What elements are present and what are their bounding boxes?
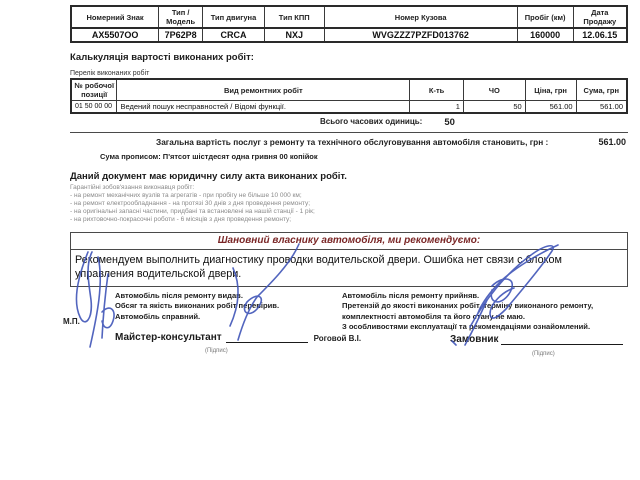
vehicle-info-table: Номерний Знак Тип / Модель Тип двигуна Т… bbox=[70, 5, 628, 43]
signoff-line: Автомобіль після ремонту видав. bbox=[115, 291, 279, 301]
signoff-section: Автомобіль після ремонту видав. Обсяг та… bbox=[70, 290, 628, 420]
work-col-hours: ЧО bbox=[463, 79, 525, 101]
vehicle-col-engine: Тип двигуна bbox=[203, 6, 265, 28]
vehicle-gearbox: NXJ bbox=[264, 28, 324, 42]
vehicle-col-vin: Номер Кузова bbox=[324, 6, 517, 28]
work-col-qty: К-ть bbox=[410, 79, 464, 101]
grand-total-value: 561.00 bbox=[598, 137, 628, 147]
warranty-item: - на рихтовочно-покрасочні роботи - 6 мі… bbox=[70, 216, 628, 224]
master-consultant-label: Майстер-консультант bbox=[115, 332, 222, 343]
vehicle-model: 7P62P8 bbox=[159, 28, 203, 42]
vehicle-mileage: 160000 bbox=[517, 28, 573, 42]
calc-section-title: Калькуляція вартості виконаних робіт: bbox=[70, 52, 628, 63]
grand-total-label: Загальна вартість послуг з ремонту та те… bbox=[156, 137, 548, 147]
grand-total-row: Загальна вартість послуг з ремонту та те… bbox=[70, 132, 628, 147]
work-col-type: Вид ремонтних робіт bbox=[117, 79, 410, 101]
vehicle-engine: CRCA bbox=[203, 28, 265, 42]
signoff-line: Автомобіль після ремонту прийняв. bbox=[342, 291, 593, 301]
work-row: 01 50 00 00 Ведений пошук несправностей … bbox=[71, 101, 627, 114]
vehicle-data-row: AX5507OO 7P62P8 CRCA NXJ WVGZZZ7PZFD0137… bbox=[71, 28, 627, 42]
total-units-row: Всього часових одиниць: 50 bbox=[70, 117, 628, 128]
master-signature-caption: (Підпис) bbox=[205, 348, 228, 354]
warranty-block: Гарантійні зобов'язання виконавця робіт:… bbox=[70, 184, 628, 224]
work-position-code: 01 50 00 00 bbox=[71, 101, 117, 114]
signoff-left-lines: Автомобіль після ремонту видав. Обсяг та… bbox=[115, 291, 279, 322]
vehicle-col-sale-date: Дата Продажу bbox=[573, 6, 627, 28]
vehicle-col-mileage: Пробіг (км) bbox=[517, 6, 573, 28]
recommendation-text: Рекомендуем выполнить диагностику провод… bbox=[71, 250, 627, 286]
customer-signature-caption: (Підпис) bbox=[532, 351, 555, 357]
work-col-price: Ціна, грн bbox=[525, 79, 576, 101]
vehicle-col-model: Тип / Модель bbox=[159, 6, 203, 28]
recommendation-box: Шановний власнику автомобіля, ми рекомен… bbox=[70, 232, 628, 287]
work-hours: 50 bbox=[463, 101, 525, 114]
vehicle-col-gearbox: Тип КПП bbox=[264, 6, 324, 28]
warranty-item: - на оригінальні запасні частини, придба… bbox=[70, 208, 628, 216]
recommendation-title: Шановний власнику автомобіля, ми рекомен… bbox=[71, 233, 627, 250]
master-name: Роговой В.І. bbox=[314, 334, 361, 343]
total-units-label: Всього часових одиниць: bbox=[320, 117, 422, 128]
signoff-line: З особливостями експлуатації та рекоменд… bbox=[342, 322, 593, 332]
customer-signature-line bbox=[501, 334, 623, 345]
vehicle-vin: WVGZZZ7PZFD013762 bbox=[324, 28, 517, 42]
warranty-intro: Гарантійні зобов'язання виконавця робіт: bbox=[70, 184, 628, 192]
work-description: Ведений пошук несправностей / Відомі фун… bbox=[117, 101, 410, 114]
vehicle-plate: AX5507OO bbox=[71, 28, 159, 42]
work-col-sum: Сума, грн bbox=[576, 79, 627, 101]
total-units-value: 50 bbox=[444, 117, 455, 128]
customer-signature-row: Замовник bbox=[450, 334, 623, 345]
stamp-place-label: М.П. bbox=[63, 317, 80, 326]
signoff-right-lines: Автомобіль після ремонту прийняв. Претен… bbox=[342, 291, 593, 332]
signoff-line: комплектності автомобіля та його стану н… bbox=[342, 312, 593, 322]
master-signature-row: Майстер-консультант Роговой В.І. bbox=[115, 332, 361, 343]
work-sum: 561.00 bbox=[576, 101, 627, 114]
vehicle-col-plate: Номерний Знак bbox=[71, 6, 159, 28]
signoff-line: Автомобіль справний. bbox=[115, 312, 279, 322]
customer-label: Замовник bbox=[450, 334, 499, 345]
work-col-position: № робочої позиції bbox=[71, 79, 117, 101]
work-list-label: Перелік виконаних робіт bbox=[70, 70, 628, 77]
signoff-line: Претензій до якості виконаних робіт, тер… bbox=[342, 301, 593, 311]
work-items-table: № робочої позиції Вид ремонтних робіт К-… bbox=[70, 78, 628, 114]
master-signature-line bbox=[226, 332, 308, 343]
legal-statement: Даний документ має юридичну силу акта ви… bbox=[70, 171, 628, 182]
signoff-line: Обсяг та якість виконаних робіт перевіри… bbox=[115, 301, 279, 311]
warranty-item: - на ремонт механічних вузлів та агрегат… bbox=[70, 192, 628, 200]
amount-in-words: Сума прописом: П'ятсот шістдесят одна гр… bbox=[100, 152, 628, 161]
service-act-document: Номерний Знак Тип / Модель Тип двигуна Т… bbox=[0, 0, 640, 480]
vehicle-sale-date: 12.06.15 bbox=[573, 28, 627, 42]
work-qty: 1 bbox=[410, 101, 464, 114]
work-price: 561.00 bbox=[525, 101, 576, 114]
warranty-item: - на ремонт електрообладнання - на протя… bbox=[70, 200, 628, 208]
